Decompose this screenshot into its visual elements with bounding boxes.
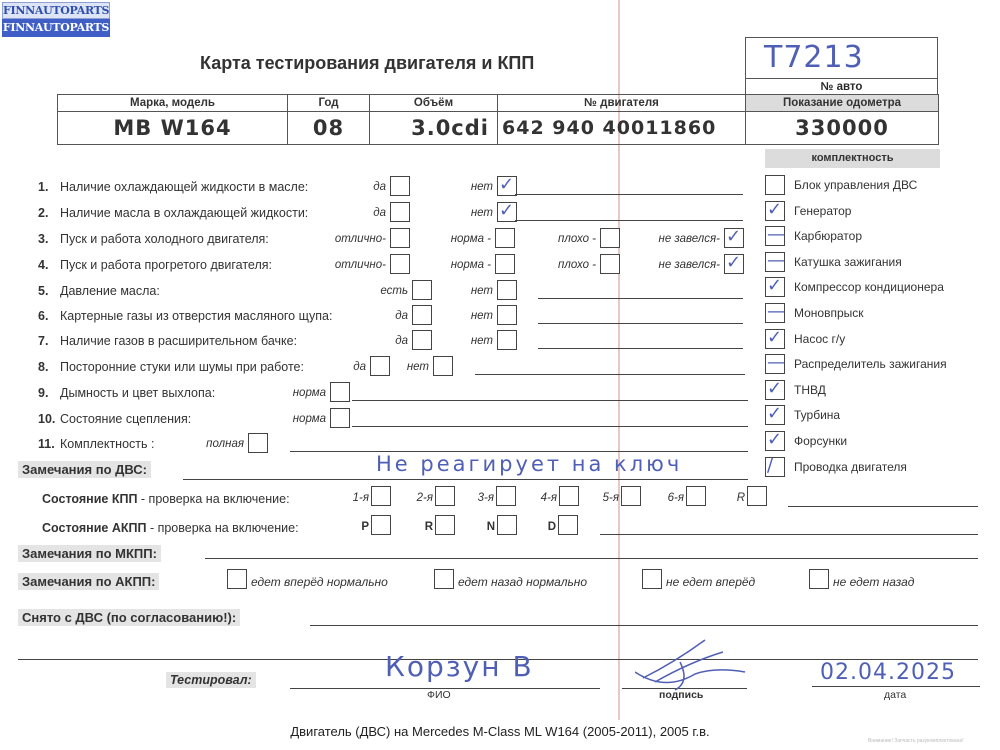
kpp-gear-checkbox[interactable] [747,486,767,506]
remarks-mkpp-line [205,558,978,559]
completeness-checkbox[interactable]: ✓ [765,201,785,221]
option-checkbox[interactable]: ✓ [497,202,517,222]
checklist-number: 7. [38,334,60,348]
col-volume: Объём [370,95,498,112]
tester-label: Тестировал: [166,672,256,688]
completeness-checkbox[interactable]: — [765,354,785,374]
akpp-gear-label: N [455,521,495,533]
completeness-label: Насос г/у [794,332,845,346]
check-mark-icon: / [767,455,773,476]
option-label: да [298,207,386,219]
check-mark-icon: ✓ [767,429,782,450]
akpp-gear-label: R [393,521,433,533]
akpp-remark-label: едет вперёд нормально [251,575,388,589]
checklist-row: 11.Комплектность : [38,437,154,451]
checklist-number: 2. [38,206,60,220]
completeness-checkbox[interactable]: — [765,226,785,246]
check-mark-icon: ✓ [726,252,741,273]
completeness-label: ТНВД [794,383,826,397]
value-year: 08 [288,112,370,145]
checklist-label: Пуск и работа холодного двигателя: [60,232,269,246]
option-checkbox[interactable]: ✓ [724,228,744,248]
checklist-number: 3. [38,232,60,246]
checklist-number: 11. [38,437,60,451]
akpp-gear-checkbox[interactable] [497,515,517,535]
option-label: плохо - [508,233,596,245]
option-label: не завелся- [632,233,720,245]
option-checkbox[interactable] [330,408,350,428]
checklist-number: 9. [38,386,60,400]
option-label: полная [156,438,244,450]
auto-number-label: № авто [746,78,937,95]
option-label: нет [405,310,493,322]
completeness-checkbox[interactable]: ✓ [765,405,785,425]
checklist-number: 1. [38,180,60,194]
option-label: да [320,310,408,322]
option-label: отлично- [298,259,386,271]
signature-caption: подпись [659,689,703,701]
completeness-label: Компрессор кондиционера [794,280,944,294]
akpp-remark-label: не едет вперёд [666,575,755,589]
kpp-gear-label: 2-я [393,492,433,504]
checklist-label: Картерные газы из отверстия масляного щу… [60,309,332,323]
completeness-label: Распределитель зажигания [794,357,947,371]
completeness-checkbox[interactable]: — [765,303,785,323]
checklist-label: Наличие газов в расширительном бачке: [60,334,297,348]
kpp-gear-checkbox[interactable] [435,486,455,506]
kpp-gear-label: 1-я [329,492,369,504]
completeness-label: Форсунки [794,434,847,448]
signature-scribble [635,632,755,692]
kpp-gear-label: R [705,492,745,504]
checklist-label: Наличие масла в охлаждающей жидкости: [60,206,308,220]
checklist-row: 7.Наличие газов в расширительном бачке: [38,334,297,348]
notes-line [538,298,743,299]
option-label: нет [341,361,429,373]
completeness-label: Катушка зажигания [794,255,902,269]
auto-number-box: Т7213 № авто [745,37,938,95]
checklist-label: Давление масла: [60,284,160,298]
completeness-label: Проводка двигателя [794,460,907,474]
akpp-gear-checkbox[interactable] [558,515,578,535]
option-label: плохо - [508,259,596,271]
checklist-label: Состояние сцепления: [60,412,191,426]
check-mark-icon: ✓ [499,174,514,195]
checklist-row: 9.Дымность и цвет выхлопа: [38,386,215,400]
checklist-label: Дымность и цвет выхлопа: [60,386,215,400]
image-caption: Двигатель (ДВС) на Mercedes M-Class ML W… [0,724,1000,739]
completeness-label: Моновпрыск [794,306,864,320]
checklist-number: 4. [38,258,60,272]
value-make-model: MB W164 [58,112,288,145]
kpp-gear-label: 6-я [644,492,684,504]
checklist-row: 8.Посторонние стуки или шумы при работе: [38,360,304,374]
remarks-engine-value[interactable]: Не реагирует на ключ [376,452,682,476]
option-label: не завелся- [632,259,720,271]
option-checkbox[interactable] [497,330,517,350]
option-label: норма - [403,259,491,271]
remarks-engine-line [183,479,748,480]
remarks-mkpp-label: Замечания по МКПП: [18,545,161,562]
checklist-number: 10. [38,412,60,426]
akpp-remark-label: едет назад нормально [458,575,587,589]
check-mark-icon: ✓ [767,378,782,399]
notes-line [515,194,743,195]
auto-number-value: Т7213 [764,40,864,75]
notes-line [538,348,743,349]
akpp-label: Состояние АКПП - проверка на включение: [42,521,299,535]
col-make-model: Марка, модель [58,95,288,112]
watermark-logo: FINNAUTOPARTS FINNAUTOPARTS [0,0,112,38]
col-year: Год [288,95,370,112]
option-label: отлично- [298,233,386,245]
completeness-checkbox[interactable]: ✓ [765,431,785,451]
checklist-row: 4.Пуск и работа прогретого двигателя: [38,258,272,272]
checklist-number: 6. [38,309,60,323]
akpp-remark-checkbox[interactable] [434,569,454,589]
checklist-label: Наличие охлаждающей жидкости в масле: [60,180,308,194]
option-checkbox[interactable] [497,280,517,300]
option-checkbox[interactable] [600,254,620,274]
option-checkbox[interactable] [497,305,517,325]
check-mark-icon: — [767,224,785,245]
kpp-line [788,506,978,507]
checklist-row: 1.Наличие охлаждающей жидкости в масле: [38,180,308,194]
checklist-row: 10.Состояние сцепления: [38,412,191,426]
option-checkbox[interactable] [330,382,350,402]
notes-line [475,374,745,375]
kpp-gear-label: 5-я [579,492,619,504]
akpp-remark-checkbox[interactable] [809,569,829,589]
date-value[interactable]: 02.04.2025 [820,660,956,685]
vehicle-info-table: Марка, модель Год Объём № двигателя Пока… [57,94,939,145]
checklist-row: 5.Давление масла: [38,284,160,298]
completeness-label: Карбюратор [794,229,862,243]
notes-line [515,220,743,221]
option-checkbox[interactable] [433,356,453,376]
option-label: да [298,181,386,193]
akpp-remark-label: не едет назад [833,575,914,589]
check-mark-icon: — [767,352,785,373]
remarks-akpp-label: Замечания по АКПП: [18,573,159,590]
completeness-label: Турбина [794,408,840,422]
checklist-row: 2.Наличие масла в охлаждающей жидкости: [38,206,308,220]
checklist-row: 6.Картерные газы из отверстия масляного … [38,309,332,323]
completeness-checkbox[interactable]: ✓ [765,329,785,349]
akpp-line [600,534,978,535]
watermark-line-2: FINNAUTOPARTS [2,19,110,37]
kpp-gear-label: 3-я [454,492,494,504]
kpp-gear-checkbox[interactable] [371,486,391,506]
tester-name-value[interactable]: Корзун В [385,650,534,683]
check-mark-icon: ✓ [726,226,741,247]
value-volume: 3.0cdi [370,112,498,145]
checklist-label: Пуск и работа прогретого двигателя: [60,258,272,272]
value-odometer: 330000 [746,112,939,145]
checklist-label: Посторонние стуки или шумы при работе: [60,360,304,374]
check-mark-icon: — [767,250,785,271]
checklist-number: 8. [38,360,60,374]
checklist-row: 3.Пуск и работа холодного двигателя: [38,232,269,246]
notes-line [352,400,748,401]
option-label: норма - [403,233,491,245]
footer-note: Внимание! Запчасть разукомплектована! [868,738,964,744]
completeness-checkbox[interactable]: — [765,252,785,272]
check-mark-icon: ✓ [767,275,782,296]
akpp-gear-label: P [329,521,369,533]
akpp-gear-checkbox[interactable] [371,515,391,535]
check-mark-icon: ✓ [767,199,782,220]
remarks-engine-label: Замечания по ДВС: [18,461,151,478]
kpp-gear-checkbox[interactable] [496,486,516,506]
check-mark-icon: ✓ [767,403,782,424]
removed-line [310,625,978,626]
value-engine-number: 642 940 40011860 [498,112,746,145]
option-label: нет [405,207,493,219]
checklist-label: Комплектность : [60,437,154,451]
option-checkbox[interactable] [600,228,620,248]
watermark-line-1: FINNAUTOPARTS [2,2,110,19]
form-title: Карта тестирования двигателя и КПП [200,53,534,74]
option-label: норма [238,387,326,399]
option-checkbox[interactable] [248,433,268,453]
completeness-header: комплектность [765,149,940,168]
akpp-remark-checkbox[interactable] [642,569,662,589]
kpp-gear-label: 4-я [517,492,557,504]
completeness-checkbox[interactable]: / [765,457,785,477]
akpp-gear-checkbox[interactable] [435,515,455,535]
kpp-label: Состояние КПП - проверка на включение: [42,492,290,506]
completeness-label: Генератор [794,204,851,218]
akpp-gear-label: D [516,521,556,533]
option-checkbox[interactable]: ✓ [497,176,517,196]
option-checkbox[interactable]: ✓ [724,254,744,274]
akpp-remark-checkbox[interactable] [227,569,247,589]
date-line [812,686,980,687]
completeness-checkbox[interactable]: ✓ [765,277,785,297]
check-mark-icon: ✓ [767,327,782,348]
option-label: нет [405,181,493,193]
col-engine-number: № двигателя [498,95,746,112]
removed-label: Снято с ДВС (по согласованию!): [18,609,240,626]
checklist-number: 5. [38,284,60,298]
completeness-label: Блок управления ДВС [794,178,917,192]
kpp-gear-checkbox[interactable] [621,486,641,506]
option-label: есть [320,285,408,297]
kpp-gear-checkbox[interactable] [686,486,706,506]
check-mark-icon: — [767,301,785,322]
notes-line [538,323,743,324]
completeness-checkbox[interactable] [765,175,785,195]
kpp-gear-checkbox[interactable] [559,486,579,506]
check-mark-icon: ✓ [499,200,514,221]
col-odometer: Показание одометра [746,95,939,112]
option-label: да [320,335,408,347]
option-label: нет [405,335,493,347]
completeness-checkbox[interactable]: ✓ [765,380,785,400]
option-label: нет [405,285,493,297]
option-label: норма [238,413,326,425]
notes-line [352,426,748,427]
date-caption: дата [884,689,906,701]
tester-name-caption: ФИО [427,689,451,701]
